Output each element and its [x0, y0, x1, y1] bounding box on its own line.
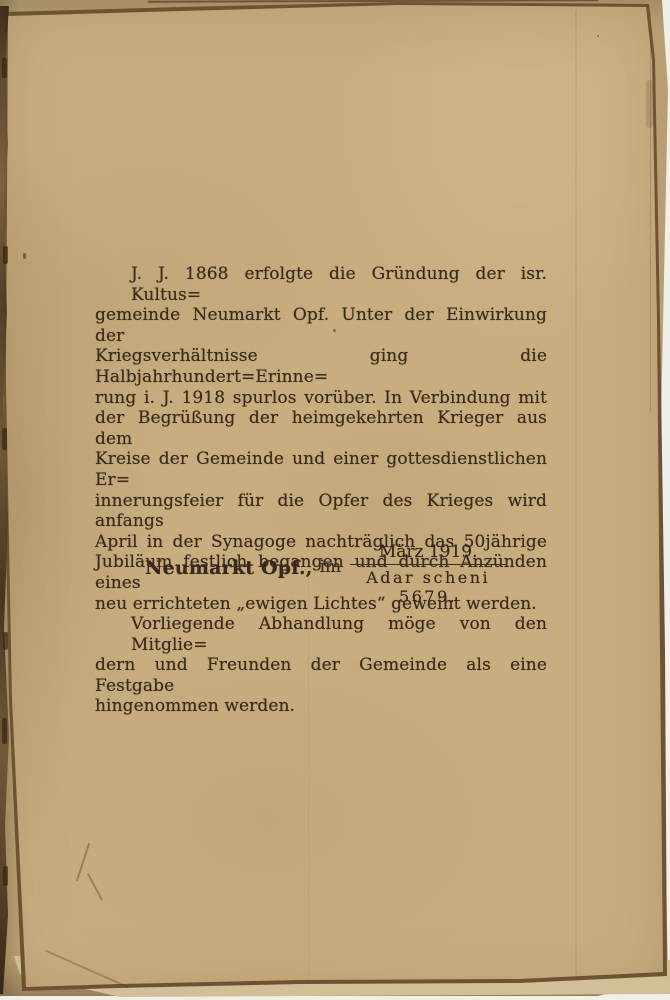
place-name: Neumarkt Opf., [145, 542, 313, 579]
text-line: rung i. J. 1918 spurlos vorüber. In Verb… [95, 388, 547, 409]
paper-speck [597, 35, 599, 37]
text-line: Kriegsverhältnisse ging die Halbjahrhund… [95, 346, 547, 387]
spine-stitch [2, 58, 7, 78]
text-line: hingenommen werden. [95, 696, 547, 717]
spine-stitch [2, 428, 7, 450]
scanned-book-page: J. J. 1868 erfolgte die Gründung der isr… [0, 0, 670, 1000]
paper-crease [575, 10, 577, 975]
body-text: J. J. 1868 erfolgte die Gründung der isr… [95, 264, 547, 717]
date-hebrew: Adar scheni 5679. [350, 565, 506, 606]
text-line: Kreise der Gemeinde und einer gottesdien… [95, 449, 547, 490]
text-line: der Begrüßung der heimgekehrten Krieger … [95, 408, 547, 449]
text-line: dern und Freunden der Gemeinde als eine … [95, 655, 547, 696]
text-line: J. J. 1868 erfolgte die Gründung der isr… [95, 264, 547, 305]
spine-stitch [3, 866, 8, 886]
text-line: gemeinde Neumarkt Opf. Unter der Einwirk… [95, 305, 547, 346]
page-edge-line [650, 12, 651, 412]
spine-stitch [3, 246, 8, 264]
edge-wear-mark [646, 80, 653, 128]
text-line: innerungsfeier für die Opfer des Krieges… [95, 491, 547, 532]
date-fraction: März 1919. Adar scheni 5679. [350, 542, 506, 606]
dateline: Neumarkt Opf., im März 1919. Adar scheni… [145, 542, 506, 606]
spine-stitch [3, 632, 8, 650]
date-gregorian: März 1919. [350, 542, 506, 565]
text-line: Vorliegende Abhandlung möge von den Mitg… [95, 614, 547, 655]
paper-speck [23, 253, 26, 259]
preposition: im [320, 542, 342, 577]
spine-stitch [2, 718, 7, 744]
